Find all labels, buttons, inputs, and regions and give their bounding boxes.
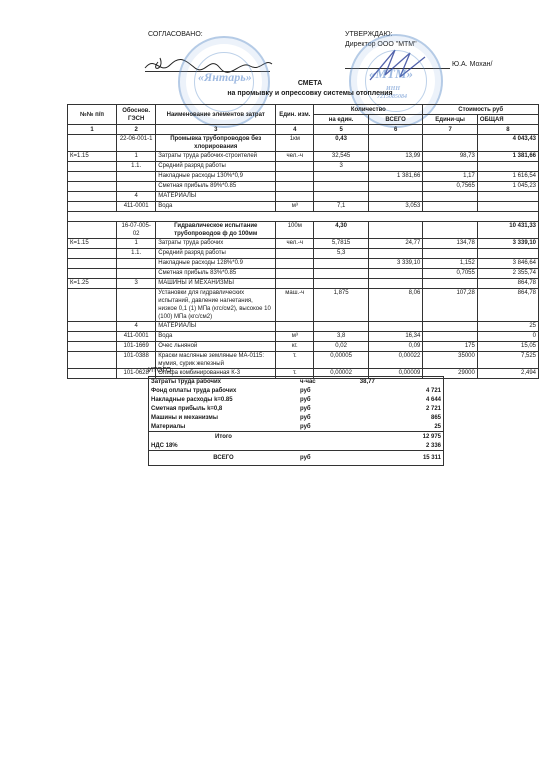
- total-cell: [368, 249, 423, 259]
- unit-cell: [276, 322, 314, 332]
- table-row: 101-0388Краски масляные земляные МА-0115…: [68, 352, 539, 369]
- coef-cell: [68, 182, 117, 192]
- header-qty-total: ВСЕГО: [368, 115, 423, 125]
- totals-label: Материалы: [149, 422, 299, 432]
- table-row: 411-0001Водам³7,13,053: [68, 202, 539, 212]
- coef-cell: [68, 222, 117, 239]
- code-cell: [117, 182, 156, 192]
- totals-label: Сметная прибыль k=0,8: [149, 404, 299, 413]
- coef-cell: [68, 342, 117, 352]
- totals-value: 25: [358, 422, 444, 432]
- unit-cell: чел.-ч: [276, 152, 314, 162]
- name-cell: Затраты труда рабочих-строителей: [156, 152, 276, 162]
- document-subtitle: на промывку и опрессовку системы отоплен…: [180, 90, 440, 97]
- unit-cell: [276, 249, 314, 259]
- coef-cell: [68, 259, 117, 269]
- qty-cell: [314, 259, 369, 269]
- unit-cell: [276, 162, 314, 172]
- total-cell: [368, 192, 423, 202]
- total-cell: 24,77: [368, 239, 423, 249]
- total-cell: 3,053: [368, 202, 423, 212]
- qty-cell: 4,30: [314, 222, 369, 239]
- price-cell: 98,73: [423, 152, 478, 162]
- totals-value: 865: [358, 413, 444, 422]
- code-cell: 3: [117, 279, 156, 289]
- total-cell: 13,99: [368, 152, 423, 162]
- price-cell: 1,17: [423, 172, 478, 182]
- unit-cell: [276, 269, 314, 279]
- name-cell: Накладные расходы 128%*0.9: [156, 259, 276, 269]
- sum-cell: 864,78: [477, 279, 538, 289]
- column-number: 7: [423, 125, 478, 135]
- coef-cell: [68, 249, 117, 259]
- qty-cell: 5,7815: [314, 239, 369, 249]
- column-number: 3: [156, 125, 276, 135]
- table-row: Накладные расходы 128%*0.93 339,101,1523…: [68, 259, 539, 269]
- code-cell: 1: [117, 239, 156, 249]
- price-cell: 1,152: [423, 259, 478, 269]
- name-cell: Вода: [156, 332, 276, 342]
- table-row: Накладные расходы 130%*0,91 381,661,171 …: [68, 172, 539, 182]
- coef-cell: К=1.15: [68, 239, 117, 249]
- totals-value: 4 644: [358, 395, 444, 404]
- unit-cell: 100м: [276, 222, 314, 239]
- total-cell: [368, 322, 423, 332]
- total-cell: [368, 162, 423, 172]
- qty-cell: 32,545: [314, 152, 369, 162]
- coef-cell: [68, 369, 117, 379]
- sum-cell: 864,78: [477, 289, 538, 322]
- price-cell: 175: [423, 342, 478, 352]
- price-cell: [423, 162, 478, 172]
- table-row: 1.1.Средний разряд работы5,3: [68, 249, 539, 259]
- coef-cell: [68, 172, 117, 182]
- totals-label: ИТОГО:: [148, 367, 173, 374]
- total-cell: 8,06: [368, 289, 423, 322]
- totals-value: 4 721: [358, 386, 444, 395]
- table-row: Сметная прибыль 83%*0.850,70552 355,74: [68, 269, 539, 279]
- name-cell: Сметная прибыль 83%*0.85: [156, 269, 276, 279]
- subtotal-label: Итого: [149, 432, 299, 442]
- sum-cell: 15,05: [477, 342, 538, 352]
- totals-unit: руб: [298, 413, 358, 422]
- code-cell: 4: [117, 192, 156, 202]
- column-number: 5: [314, 125, 369, 135]
- total-cell: 0,00022: [368, 352, 423, 369]
- totals-label: Фонд оплаты труда рабочих: [149, 386, 299, 395]
- unit-cell: м³: [276, 202, 314, 212]
- table-row: 16-07-005-02Гидравлическое испытание тру…: [68, 222, 539, 239]
- coef-cell: [68, 269, 117, 279]
- table-row: 22-06-001-1Промывка трубопроводов без хл…: [68, 135, 539, 152]
- sum-cell: 10 431,33: [477, 222, 538, 239]
- sum-cell: 4 043,43: [477, 135, 538, 152]
- code-cell: 1.1.: [117, 249, 156, 259]
- name-cell: Гидравлическое испытание трубопроводов ф…: [156, 222, 276, 239]
- totals-unit: руб: [298, 386, 358, 395]
- coef-cell: К=1.15: [68, 152, 117, 162]
- total-cell: 0,09: [368, 342, 423, 352]
- price-cell: 107,28: [423, 289, 478, 322]
- sum-cell: 25: [477, 322, 538, 332]
- sum-cell: [477, 192, 538, 202]
- header-name: Наименование элементов затрат: [156, 105, 276, 125]
- totals-unit: руб: [298, 404, 358, 413]
- qty-cell: 0,02: [314, 342, 369, 352]
- sum-cell: [477, 162, 538, 172]
- name-cell: Средний разряд работы: [156, 162, 276, 172]
- coef-cell: К=1.25: [68, 279, 117, 289]
- code-cell: [117, 269, 156, 279]
- price-cell: [423, 222, 478, 239]
- grand-value: 15 311: [358, 451, 444, 466]
- price-cell: [423, 192, 478, 202]
- totals-row: Фонд оплаты труда рабочихруб4 721: [149, 386, 444, 395]
- code-cell: 16-07-005-02: [117, 222, 156, 239]
- price-cell: 35000: [423, 352, 478, 369]
- price-cell: [423, 135, 478, 152]
- header-qty-per-unit: на един.: [314, 115, 369, 125]
- sum-cell: 7,525: [477, 352, 538, 369]
- header-unit: Един. изм.: [276, 105, 314, 125]
- price-cell: [423, 322, 478, 332]
- unit-cell: [276, 192, 314, 202]
- unit-cell: [276, 182, 314, 192]
- name-cell: Средний разряд работы: [156, 249, 276, 259]
- coef-cell: [68, 352, 117, 369]
- total-cell: 1 381,66: [368, 172, 423, 182]
- name-cell: МАШИНЫ И МЕХАНИЗМЫ: [156, 279, 276, 289]
- agreed-label: СОГЛАСОВАНО:: [148, 31, 203, 38]
- coef-cell: [68, 135, 117, 152]
- name-cell: Затраты труда рабочих: [156, 239, 276, 249]
- coef-cell: [68, 192, 117, 202]
- code-cell: 1.1.: [117, 162, 156, 172]
- column-number: 2: [117, 125, 156, 135]
- qty-cell: 5,3: [314, 249, 369, 259]
- header-cost: Стоимость руб: [423, 105, 539, 115]
- code-cell: 411-0001: [117, 332, 156, 342]
- code-cell: 101-0388: [117, 352, 156, 369]
- unit-cell: [276, 172, 314, 182]
- table-row: 1.1.Средний разряд работы3: [68, 162, 539, 172]
- coef-cell: [68, 162, 117, 172]
- vat-label: НДС 18%: [149, 441, 299, 451]
- qty-cell: 1,875: [314, 289, 369, 322]
- code-cell: [117, 259, 156, 269]
- column-number: 8: [477, 125, 538, 135]
- name-cell: МАТЕРИАЛЫ: [156, 192, 276, 202]
- table-row: К=1.253МАШИНЫ И МЕХАНИЗМЫ864,78: [68, 279, 539, 289]
- table-row: Установки для гидравлических испытаний, …: [68, 289, 539, 322]
- price-cell: [423, 279, 478, 289]
- sum-cell: 3 846,64: [477, 259, 538, 269]
- qty-cell: [314, 279, 369, 289]
- vat-value: 2 336: [358, 441, 444, 451]
- price-cell: 134,78: [423, 239, 478, 249]
- code-cell: 101-1669: [117, 342, 156, 352]
- table-row: 4МАТЕРИАЛЫ: [68, 192, 539, 202]
- column-number: 4: [276, 125, 314, 135]
- coef-cell: [68, 289, 117, 322]
- labor-label: Затраты труда рабочих: [149, 377, 299, 387]
- unit-cell: кг.: [276, 342, 314, 352]
- labor-unit: ч-час: [298, 377, 358, 387]
- price-cell: 0,7565: [423, 182, 478, 192]
- coef-cell: [68, 332, 117, 342]
- unit-cell: чел.-ч: [276, 239, 314, 249]
- code-cell: 4: [117, 322, 156, 332]
- qty-cell: 0,00005: [314, 352, 369, 369]
- price-cell: 0,7055: [423, 269, 478, 279]
- qty-cell: [314, 269, 369, 279]
- name-cell: Сметная прибыль 89%*0.85: [156, 182, 276, 192]
- total-cell: [368, 279, 423, 289]
- header-basis: Обоснов. ГЭСН: [117, 105, 156, 125]
- unit-cell: [276, 279, 314, 289]
- code-cell: [117, 172, 156, 182]
- header-cost-unit: Едини-цы: [423, 115, 478, 125]
- code-cell: 1: [117, 152, 156, 162]
- total-cell: [368, 222, 423, 239]
- totals-row: Сметная прибыль k=0,8руб2 721: [149, 404, 444, 413]
- qty-cell: [314, 182, 369, 192]
- totals-label: Накладные расходы k=0.85: [149, 395, 299, 404]
- total-cell: 3 339,10: [368, 259, 423, 269]
- labor-value: 38,77: [358, 377, 444, 387]
- price-cell: [423, 249, 478, 259]
- total-cell: 16,34: [368, 332, 423, 342]
- sum-cell: 1 045,23: [477, 182, 538, 192]
- table-row: 101-1669Очес льнянойкг.0,020,0917515,05: [68, 342, 539, 352]
- table-row: К=1.151Затраты труда рабочихчел.-ч5,7815…: [68, 239, 539, 249]
- subtotal-value: 12 975: [358, 432, 444, 442]
- code-cell: 411-0001: [117, 202, 156, 212]
- totals-row: Материалыруб25: [149, 422, 444, 432]
- qty-cell: 7,1: [314, 202, 369, 212]
- name-cell: Очес льняной: [156, 342, 276, 352]
- total-cell: [368, 135, 423, 152]
- column-numbers-row: 12345678: [68, 125, 539, 135]
- table-row: 411-0001Водам³3,816,340: [68, 332, 539, 342]
- totals-label: Машины и механизмы: [149, 413, 299, 422]
- approver-name: Ю.А. Мохан/: [452, 61, 492, 68]
- unit-cell: 1км: [276, 135, 314, 152]
- sum-cell: 1 381,66: [477, 152, 538, 162]
- coef-cell: [68, 322, 117, 332]
- totals-value: 2 721: [358, 404, 444, 413]
- table-row: 4МАТЕРИАЛЫ25: [68, 322, 539, 332]
- document-title: СМЕТА: [200, 80, 420, 87]
- qty-cell: 3,8: [314, 332, 369, 342]
- unit-cell: т.: [276, 352, 314, 369]
- header-num: №№ п/п: [68, 105, 117, 125]
- unit-cell: маш.-ч: [276, 289, 314, 322]
- totals-table: Затраты труда рабочих ч-час 38,77 Фонд о…: [148, 376, 444, 466]
- qty-cell: 3: [314, 162, 369, 172]
- sum-cell: 2,494: [477, 369, 538, 379]
- total-cell: [368, 182, 423, 192]
- qty-cell: [314, 172, 369, 182]
- unit-cell: м³: [276, 332, 314, 342]
- table-row: К=1.151Затраты труда рабочих-строителейч…: [68, 152, 539, 162]
- totals-unit: руб: [298, 395, 358, 404]
- sum-cell: 2 355,74: [477, 269, 538, 279]
- totals-unit: руб: [298, 422, 358, 432]
- name-cell: Промывка трубопроводов без хлорирования: [156, 135, 276, 152]
- coef-cell: [68, 202, 117, 212]
- estimate-table: №№ п/п Обоснов. ГЭСН Наименование элемен…: [67, 104, 539, 379]
- grand-label: ВСЕГО: [149, 451, 299, 466]
- qty-cell: [314, 322, 369, 332]
- code-cell: 22-06-001-1: [117, 135, 156, 152]
- qty-cell: [314, 192, 369, 202]
- name-cell: Накладные расходы 130%*0,9: [156, 172, 276, 182]
- total-cell: [368, 269, 423, 279]
- totals-row: Машины и механизмыруб865: [149, 413, 444, 422]
- header-qty: Количество: [314, 105, 423, 115]
- sum-cell: 1 616,54: [477, 172, 538, 182]
- grand-unit: руб: [298, 451, 358, 466]
- code-cell: [117, 289, 156, 322]
- header-cost-total: ОБЩАЯ: [477, 115, 538, 125]
- unit-cell: [276, 259, 314, 269]
- sum-cell: 0: [477, 332, 538, 342]
- sum-cell: 3 339,10: [477, 239, 538, 249]
- price-cell: [423, 332, 478, 342]
- name-cell: Вода: [156, 202, 276, 212]
- column-number: 6: [368, 125, 423, 135]
- price-cell: [423, 202, 478, 212]
- totals-row: Накладные расходы k=0.85руб4 644: [149, 395, 444, 404]
- name-cell: Краски масляные земляные МА-0115: мумия,…: [156, 352, 276, 369]
- table-row: Сметная прибыль 89%*0.850,75651 045,23: [68, 182, 539, 192]
- name-cell: МАТЕРИАЛЫ: [156, 322, 276, 332]
- name-cell: Установки для гидравлических испытаний, …: [156, 289, 276, 322]
- sum-cell: [477, 202, 538, 212]
- qty-cell: 0,43: [314, 135, 369, 152]
- column-number: 1: [68, 125, 117, 135]
- sum-cell: [477, 249, 538, 259]
